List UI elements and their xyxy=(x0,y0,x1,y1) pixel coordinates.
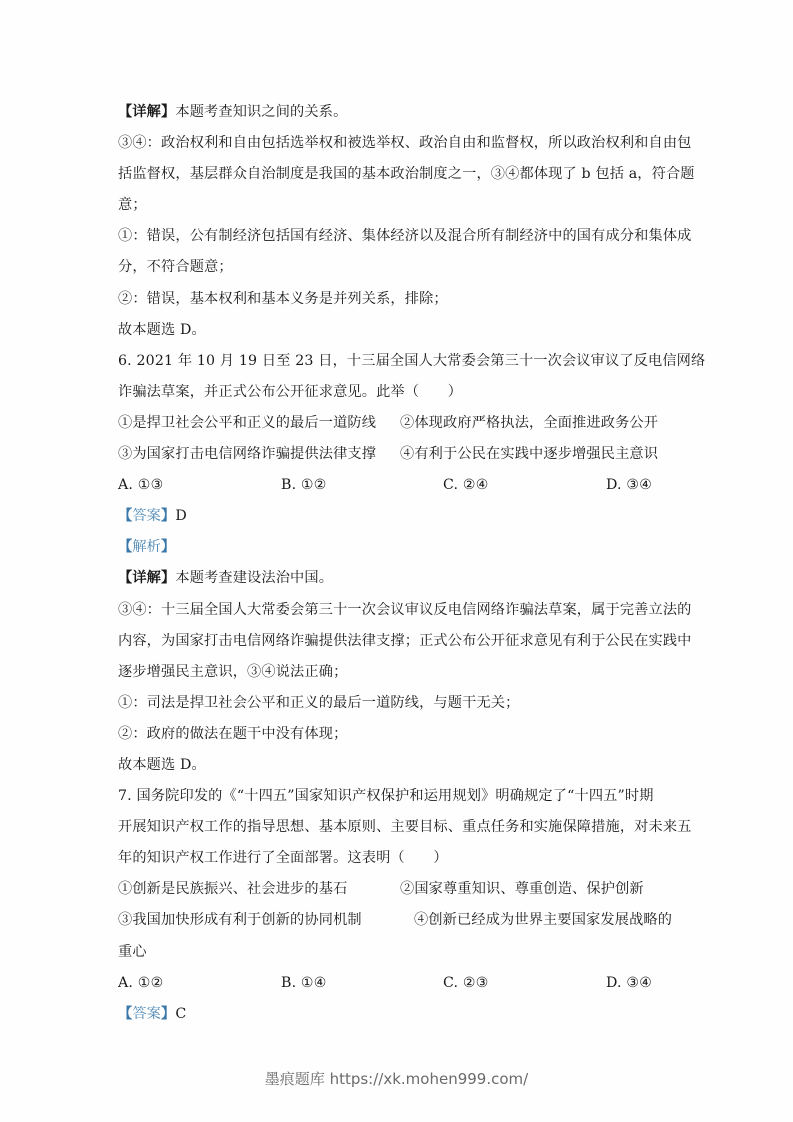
q6-statements-row: ①是捍卫社会公平和正义的最后一道防线 ②体现政府严格执法，全面推进政务公开 xyxy=(118,408,674,439)
q5-explanation-line: 意； xyxy=(118,190,674,221)
q6-explanation-line: 内容，为国家打击电信网络诈骗提供法律支撑；正式公布公开征求意见有利于公民在实践中 xyxy=(118,626,674,657)
q7-statements-row: ③我国加快形成有利于创新的协同机制 ④创新已经成为世界主要国家发展战略的 xyxy=(118,905,674,936)
q6-statement-4: ④有利于公民在实践中逐步增强民主意识 xyxy=(400,439,658,470)
document-page: 【详解】本题考查知识之间的关系。 ③④：政治权利和自由包括选举权和被选举权、政治… xyxy=(0,0,793,1122)
q5-explanation-line: ②：错误，基本权利和基本义务是并列关系，排除； xyxy=(118,284,674,315)
answer-tag: 【答案】 xyxy=(118,508,175,524)
q6-explanation-line: ①：司法是捍卫社会公平和正义的最后一道防线，与题干无关； xyxy=(118,688,674,719)
q6-statement-1: ①是捍卫社会公平和正义的最后一道防线 xyxy=(118,415,376,431)
q6-analysis-heading: 【解析】 xyxy=(118,532,674,563)
q7-option-a: A. ①② xyxy=(118,968,163,999)
q5-conclusion: 故本题选 D。 xyxy=(118,315,674,346)
q5-explanation-line: ③④：政治权利和自由包括选举权和被选举权、政治自由和监督权，所以政治权利和自由包 xyxy=(118,128,674,159)
q6-explanation-line: ③④：十三届全国人大常委会第三十一次会议审议反电信网络诈骗法草案，属于完善立法的 xyxy=(118,595,674,626)
answer-tag: 【答案】 xyxy=(118,1006,175,1022)
detail-label: 【详解】 xyxy=(118,570,175,586)
q6-explanation-line: 逐步增强民主意识，③④说法正确； xyxy=(118,657,674,688)
q7-stem-line: 7. 国务院印发的《“十四五”国家知识产权保护和运用规划》明确规定了“十四五”时… xyxy=(118,781,674,812)
q6-detail-heading: 【详解】本题考查建设法治中国。 xyxy=(118,563,674,594)
q5-detail-heading: 【详解】本题考查知识之间的关系。 xyxy=(118,97,674,128)
q7-option-b: B. ①④ xyxy=(281,968,327,999)
q5-explanation-line: 括监督权，基层群众自治制度是我国的基本政治制度之一，③④都体现了 b 包括 a，… xyxy=(118,159,674,190)
q7-answer: 【答案】C xyxy=(118,999,674,1030)
q6-conclusion: 故本题选 D。 xyxy=(118,750,674,781)
answer-value: C xyxy=(175,1006,186,1022)
q5-explanation-line: 分，不符合题意； xyxy=(118,252,674,283)
detail-label: 【详解】 xyxy=(118,104,175,120)
footer-watermark: 墨痕题库 https://xk.mohen999.com/ xyxy=(0,1068,793,1089)
detail-text: 本题考查建设法治中国。 xyxy=(175,570,333,586)
q7-statement-4: ④创新已经成为世界主要国家发展战略的 xyxy=(414,905,672,936)
q6-stem-line: 诈骗法草案，并正式公布公开征求意见。此举（ ） xyxy=(118,377,674,408)
q6-stem-line: 6. 2021 年 10 月 19 日至 23 日，十三届全国人大常委会第三十一… xyxy=(118,346,674,377)
q7-options-row: A. ①② B. ①④ C. ②③ D. ③④ xyxy=(118,968,674,999)
q6-option-b: B. ①② xyxy=(281,470,327,501)
q6-options-row: A. ①③ B. ①② C. ②④ D. ③④ xyxy=(118,470,674,501)
q7-statement-2: ②国家尊重知识、尊重创造、保护创新 xyxy=(400,874,644,905)
answer-value: D xyxy=(175,508,187,524)
q7-statements-row: ①创新是民族振兴、社会进步的基石 ②国家尊重知识、尊重创造、保护创新 xyxy=(118,874,674,905)
q7-statement-1: ①创新是民族振兴、社会进步的基石 xyxy=(118,881,347,897)
q6-statement-3: ③为国家打击电信网络诈骗提供法律支撑 xyxy=(118,446,376,462)
q6-statements-row: ③为国家打击电信网络诈骗提供法律支撑 ④有利于公民在实践中逐步增强民主意识 xyxy=(118,439,674,470)
q7-statement-3: ③我国加快形成有利于创新的协同机制 xyxy=(118,912,362,928)
q7-stem-line: 年的知识产权工作进行了全面部署。这表明（ ） xyxy=(118,843,674,874)
q5-explanation-line: ①：错误，公有制经济包括国有经济、集体经济以及混合所有制经济中的国有成分和集体成 xyxy=(118,221,674,252)
analysis-tag: 【解析】 xyxy=(118,539,175,555)
q7-statement-4-continued: 重心 xyxy=(118,937,674,968)
q6-option-d: D. ③④ xyxy=(606,470,652,501)
q6-option-a: A. ①③ xyxy=(118,470,163,501)
q7-stem-line: 开展知识产权工作的指导思想、基本原则、主要目标、重点任务和实施保障措施，对未来五 xyxy=(118,812,674,843)
q6-answer: 【答案】D xyxy=(118,501,674,532)
q6-option-c: C. ②④ xyxy=(443,470,489,501)
detail-text: 本题考查知识之间的关系。 xyxy=(175,104,347,120)
q7-option-d: D. ③④ xyxy=(606,968,652,999)
page-content: 【详解】本题考查知识之间的关系。 ③④：政治权利和自由包括选举权和被选举权、政治… xyxy=(118,97,674,1030)
q6-explanation-line: ②：政府的做法在题干中没有体现； xyxy=(118,719,674,750)
q7-option-c: C. ②③ xyxy=(443,968,489,999)
q6-statement-2: ②体现政府严格执法，全面推进政务公开 xyxy=(400,408,658,439)
